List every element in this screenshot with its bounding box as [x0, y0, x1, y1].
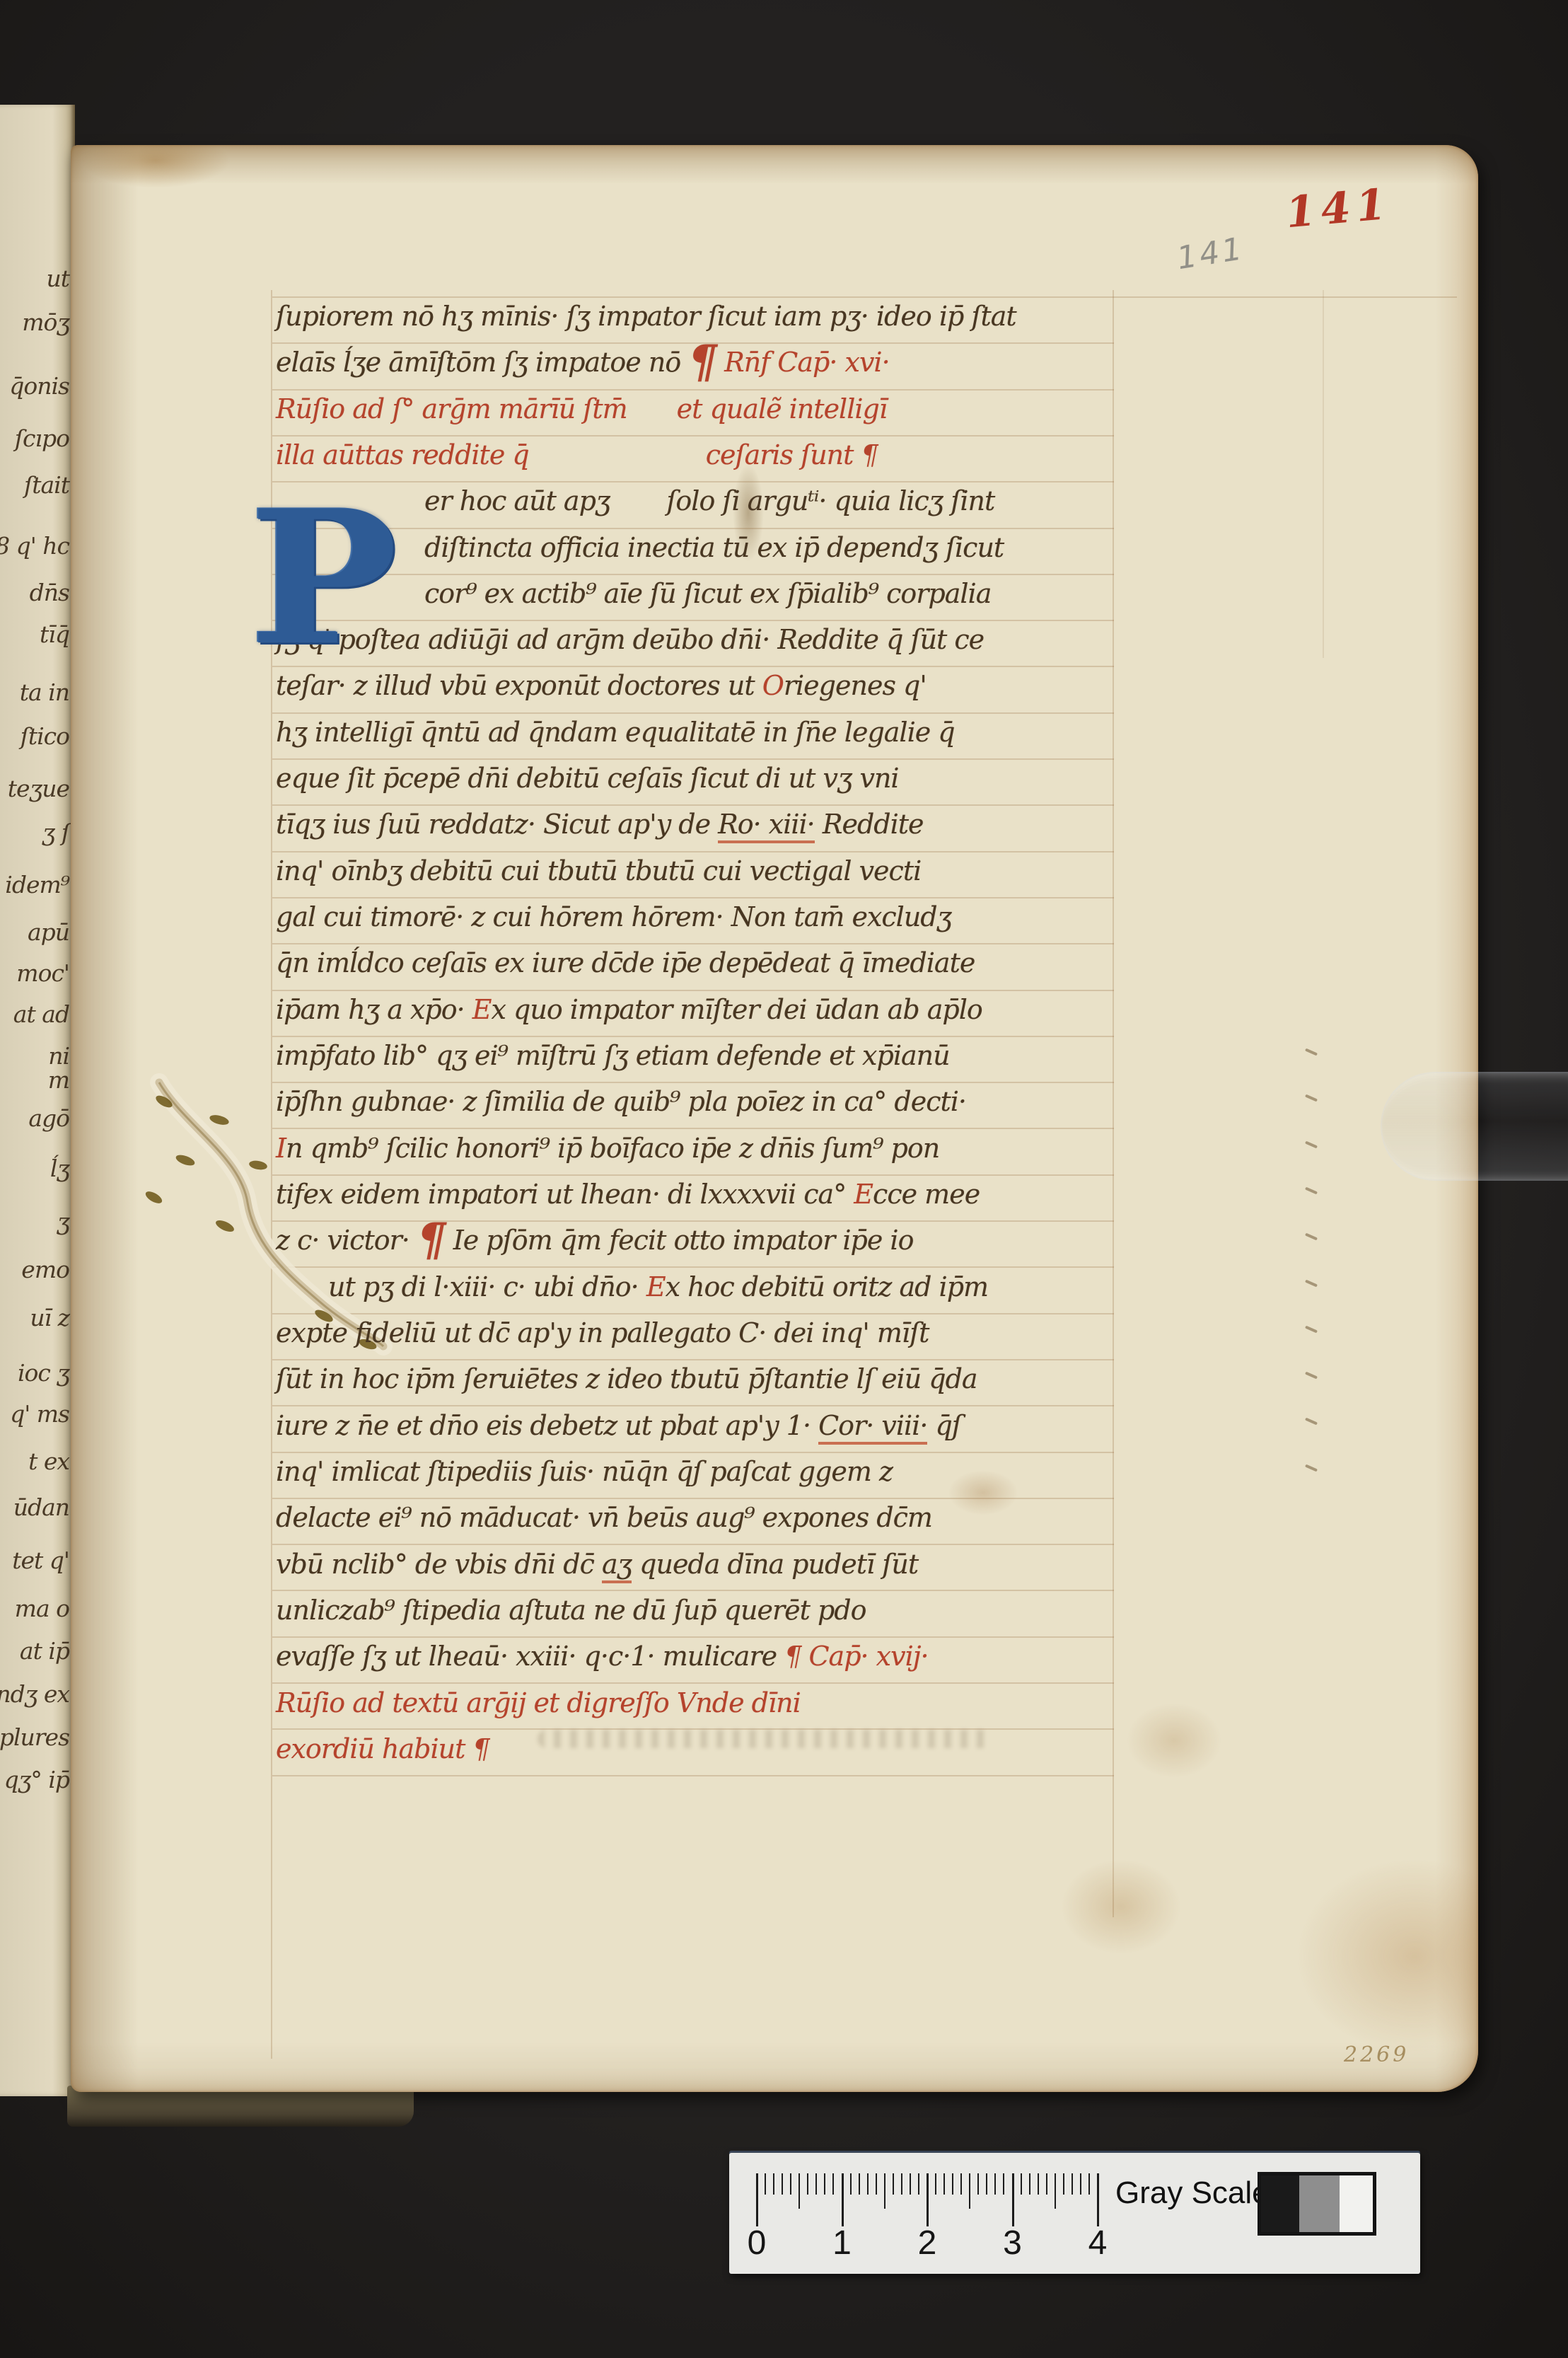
ruler-tick — [1029, 2173, 1030, 2195]
initial-letter-p: P — [249, 470, 398, 687]
sliver-text-fragment: at ad — [13, 1000, 69, 1028]
prick-mark — [1305, 1418, 1318, 1426]
manuscript-line: iure z n̄e et dn̄o eis debetz ut pbat ap… — [276, 1410, 961, 1441]
ink-showthrough — [538, 1730, 990, 1748]
ruled-line — [272, 1452, 1114, 1453]
text-segment: ip̄am hʒ a xp̄o· — [276, 994, 472, 1025]
sliver-text-fragment: teʒue — [8, 775, 69, 802]
manuscript-line: ip̄ſhn gubnae· z ſimilia de quib⁹ pla po… — [276, 1086, 966, 1117]
text-segment: tīqʒ ius ſuū reddatz· Sicut ap'y de — [276, 809, 718, 840]
text-segment: n qmb⁹ ſcilic honori⁹ ip̄ boīfaco ip̄e z… — [286, 1133, 939, 1164]
ruler-tick — [1012, 2173, 1014, 2226]
ruler-tick — [1003, 2173, 1004, 2195]
sliver-text-fragment: uī z — [30, 1304, 69, 1331]
ruler-number: 3 — [1003, 2224, 1022, 2262]
ruler-tick — [910, 2173, 911, 2195]
ruler-tick — [918, 2173, 919, 2195]
gray-scale-card: 01234 Gray Scale — [729, 2153, 1420, 2274]
manuscript-line: Rūſio ad ſ° arḡm mārīū ſtm̄et qualẽ inte… — [276, 393, 887, 424]
ruler-number: 0 — [748, 2224, 767, 2262]
ruler-tick — [790, 2173, 791, 2195]
rubric-segment: illa aūttas reddite q̄ — [276, 439, 529, 470]
ruled-line — [272, 620, 1114, 621]
sliver-text-fragment: emo — [21, 1256, 69, 1283]
ruler-tick — [969, 2173, 970, 2209]
text-segment: eque ſit p̄cepē dn̄i debitū ceſaīs ſicut… — [276, 763, 899, 794]
text-segment: hʒ intelligī q̄ntū ad q̄ndam equalitatē … — [276, 717, 955, 748]
manuscript-line: tīqʒ ius ſuū reddatz· Sicut ap'y de Ro· … — [276, 809, 924, 840]
folio-number-pencil: 141 — [1175, 231, 1248, 277]
ruler-tick — [832, 2173, 834, 2195]
text-segment: ſupiorem nō hʒ mīnis· ſʒ impator ſicut i… — [276, 301, 1016, 332]
ruler-tick — [773, 2173, 774, 2195]
sliver-text-fragment: ūdan — [13, 1493, 69, 1521]
ruler-tick — [1055, 2173, 1056, 2209]
sliver-text-fragment: ta in — [20, 678, 69, 706]
sliver-text-fragment: idem⁹ — [5, 871, 69, 898]
ruler-tick — [952, 2173, 953, 2195]
text-segment: aʒ — [602, 1549, 632, 1583]
margin-rule — [1113, 290, 1114, 1917]
text-segment: expte fideliū ut dc̄ ap'y in pallegato C… — [276, 1317, 929, 1348]
text-segment: er hoc aūt apʒ — [424, 485, 610, 516]
ruler-number: 2 — [918, 2224, 937, 2262]
rubric-segment: ¶ — [688, 335, 716, 388]
ruler-tick — [1097, 2173, 1099, 2226]
manuscript-line: diſtincta officia inectia tū ex ip̄ depe… — [424, 532, 1004, 563]
text-segment: Ro· xiii· — [718, 809, 815, 843]
manuscript-line: ſupiorem nō hʒ mīnis· ſʒ impator ſicut i… — [276, 301, 1016, 332]
ruler-tick — [867, 2173, 869, 2195]
sliver-text-fragment: qʒ° ip̄ — [4, 1766, 69, 1793]
manuscript-line: delacte ei⁹ nō māducat· vn̄ beūs aug⁹ ex… — [276, 1502, 932, 1533]
text-segment: Cor· viii· — [818, 1410, 927, 1445]
sliver-text-fragment: ut — [46, 265, 69, 292]
ruled-line — [272, 990, 1114, 991]
text-segment: x quo impator mīſter dei ūdan ab ap̄lo — [492, 994, 982, 1025]
ruler-tick — [986, 2173, 987, 2195]
ruler-tick — [798, 2173, 800, 2209]
sliver-text-fragment: mōʒ — [22, 308, 69, 336]
ruler-tick — [1046, 2173, 1047, 2195]
text-segment: Reddite — [815, 809, 924, 840]
plastic-page-clip — [1381, 1072, 1568, 1181]
text-segment: cor⁹ ex actib⁹ aīe ſū ſicut ex ſp̄ialib⁹… — [424, 578, 991, 609]
sliver-text-fragment: tet q' — [12, 1547, 69, 1574]
sliver-text-fragment: q̄onis — [9, 372, 69, 400]
ruler-tick — [765, 2173, 766, 2195]
text-segment: q̄ſ — [927, 1410, 960, 1441]
ruler-tick — [901, 2173, 902, 2195]
rubric-segment: ¶ — [417, 1213, 446, 1266]
text-segment: diſtincta officia inectia tū ex ip̄ depe… — [424, 532, 1004, 563]
ruler-tick — [960, 2173, 962, 2195]
sliver-text-fragment: ʒ — [57, 1208, 69, 1235]
text-segment: gal cui timorē· z cui hōrem hōrem· Non t… — [276, 901, 951, 932]
text-segment: queda dīna pudetī ſūt — [632, 1549, 918, 1580]
ruled-line — [272, 712, 1114, 714]
sliver-text-fragment: ſtico — [21, 722, 69, 750]
manuscript-line: gal cui timorē· z cui hōrem hōrem· Non t… — [276, 901, 951, 932]
manuscript-line: inq' imlicat ſtipediis ſuis· nūq̄n q̄ſ p… — [276, 1456, 893, 1487]
ruled-line — [272, 666, 1114, 667]
gray-patch-cell — [1299, 2175, 1340, 2232]
ruled-line — [272, 296, 1457, 298]
prick-mark — [1305, 1464, 1318, 1472]
text-segment: unliczab⁹ ſtipedia aſtuta ne dū ſup̄ que… — [276, 1595, 866, 1626]
ruler-tick — [893, 2173, 894, 2195]
sliver-text-fragment: tīq̄ — [40, 620, 69, 648]
rubric-segment: Rūſio ad ſ° arḡm mārīū ſtm̄ — [276, 393, 627, 424]
prick-mark — [1305, 1233, 1318, 1241]
ruler-tick — [1088, 2173, 1090, 2195]
rubric-segment: I — [276, 1133, 286, 1164]
manuscript-line: ut pʒ di l·xiii· c· ubi dn̄o· Ex hoc deb… — [328, 1271, 988, 1302]
sliver-text-fragment: apū — [28, 918, 69, 946]
text-segment: delacte ei⁹ nō māducat· vn̄ beūs aug⁹ ex… — [276, 1502, 932, 1533]
rubric-segment: E — [472, 994, 492, 1025]
sliver-text-fragment: endʒ ex — [0, 1680, 69, 1708]
ruled-line — [272, 758, 1114, 760]
ruled-line — [272, 1405, 1114, 1406]
sliver-text-fragment: dn̄s — [30, 579, 69, 606]
sliver-text-fragment: ma o — [15, 1595, 69, 1622]
prick-mark — [1305, 1186, 1318, 1194]
text-segment: inq' imlicat ſtipediis ſuis· nūq̄n q̄ſ p… — [276, 1456, 893, 1487]
ruled-line — [272, 574, 1114, 575]
manuscript-line: unliczab⁹ ſtipedia aſtuta ne dū ſup̄ que… — [276, 1595, 866, 1626]
manuscript-line: exordiū habiut ¶ — [276, 1733, 489, 1764]
manuscript-line: er hoc aūt apʒſolo ſi arguᵗⁱ· quia licʒ … — [424, 485, 994, 516]
text-segment: z c· victor· — [276, 1225, 417, 1256]
prick-mark — [1305, 1140, 1318, 1148]
ruler-tick — [756, 2173, 758, 2226]
manuscript-line: In qmb⁹ ſcilic honori⁹ ip̄ boīfaco ip̄e … — [276, 1133, 939, 1164]
ruler-tick — [1080, 2173, 1081, 2195]
ruler-tick — [927, 2173, 929, 2226]
sliver-text-fragment: m — [48, 1066, 69, 1094]
ruled-line — [272, 528, 1114, 529]
ruler-tick — [782, 2173, 783, 2195]
ruler-tick — [977, 2173, 979, 2195]
manuscript-line: elaīs ĺʒe āmīſtōm ſʒ impatoe nō ¶ Rn̄f C… — [276, 347, 890, 378]
manuscript-line: hʒ intelligī q̄ntū ad q̄ndam equalitatē … — [276, 717, 955, 748]
ruled-line — [272, 1544, 1114, 1545]
rubric-segment: ¶ Cap̄· xvij· — [784, 1641, 928, 1672]
text-segment: inq' oīnbʒ debitū cui tbutū tbutū cui ve… — [276, 855, 921, 886]
sliver-text-fragment: ĺʒ — [50, 1155, 69, 1182]
ruler-tick — [1063, 2173, 1064, 2195]
gray-patch-cell — [1261, 2175, 1299, 2232]
ruled-line — [272, 1498, 1114, 1499]
manuscript-line: ſūt in hoc ip̄m ſeruiētes z ideo tbutū p… — [276, 1363, 977, 1394]
text-segment: ſūt in hoc ip̄m ſeruiētes z ideo tbutū p… — [276, 1363, 977, 1394]
ruled-line — [272, 1682, 1114, 1684]
ruler-tick — [935, 2173, 936, 2195]
gray-patch — [1258, 2172, 1376, 2236]
text-segment: imp̄fato lib° qʒ ei⁹ mīſtrū ſʒ etiam def… — [276, 1040, 950, 1071]
ruled-line — [272, 851, 1114, 853]
ruled-line — [272, 897, 1114, 898]
rubric-segment: O — [762, 670, 784, 701]
text-segment: riegenes q' — [784, 670, 927, 701]
photo-stage: utmōʒq̄onisſcıpoſtait8 q' hcdn̄stīq̄ta i… — [0, 0, 1568, 2358]
folio-number-red: 141 — [1284, 180, 1393, 238]
prick-marks — [1305, 1051, 1319, 1518]
ruled-line — [272, 943, 1114, 944]
rubric-segment: Rūſio ad textū arḡij et digreſſo Vnde dī… — [276, 1687, 801, 1718]
ruler-tick — [884, 2173, 885, 2209]
sliver-text-fragment: t ex — [28, 1447, 69, 1475]
manuscript-line: illa aūttas reddite q̄ceſaris ſunt ¶ — [276, 439, 878, 470]
ruler-tick — [815, 2173, 817, 2195]
prick-mark — [1305, 1279, 1318, 1287]
gray-scale-label: Gray Scale — [1115, 2175, 1270, 2211]
rubric-segment: E — [854, 1179, 873, 1210]
rubric-segment: ceſaris ſunt ¶ — [706, 439, 878, 470]
ruler-tick — [943, 2173, 945, 2195]
ruler-number: 4 — [1088, 2224, 1108, 2262]
sliver-text-fragment: moc' — [16, 959, 69, 987]
manuscript-line: ip̄am hʒ a xp̄o· Ex quo impator mīſter d… — [276, 994, 982, 1025]
manuscript-line: evaſſe ſʒ ut lheaū· xxiii· q·c·1· mulica… — [276, 1641, 929, 1672]
text-segment: ut pʒ di l·xiii· c· ubi dn̄o· — [328, 1271, 646, 1302]
manuscript-line: vbū nclib° de vbis dn̄i dc̄ aʒ queda dīn… — [276, 1549, 918, 1580]
manuscript-line: expte fideliū ut dc̄ ap'y in pallegato C… — [276, 1317, 929, 1348]
prick-mark — [1305, 1325, 1318, 1333]
text-segment: q̄n imĺdco ceſaīs ex iure dc̄de ip̄e dep… — [276, 947, 975, 978]
text-segment: ip̄ſhn gubnae· z ſimilia de quib⁹ pla po… — [276, 1086, 966, 1117]
manuscript-line: inq' oīnbʒ debitū cui tbutū tbutū cui ve… — [276, 855, 921, 886]
rubric-segment: Rn̄f Cap̄· xvi· — [716, 347, 890, 378]
ruled-line — [272, 1775, 1114, 1776]
manuscript-line: tifex eidem impatori ut lhean· di lxxxxv… — [276, 1179, 980, 1210]
ruler-tick — [824, 2173, 825, 2195]
rubric-segment: et qualẽ intelligī — [677, 393, 887, 424]
manuscript-line: eque ſit p̄cepē dn̄i debitū ceſaīs ſicut… — [276, 763, 899, 794]
sliver-text-fragment: ſtait — [24, 471, 69, 499]
prick-mark — [1305, 1372, 1318, 1380]
rubric-segment: E — [646, 1271, 666, 1302]
text-segment: x hoc debitū oritz ad ip̄m — [666, 1271, 988, 1302]
prick-mark — [1305, 1094, 1318, 1102]
ruler-tick — [842, 2173, 844, 2226]
text-segment: tifex eidem impatori ut lhean· di lxxxxv… — [276, 1179, 854, 1210]
facing-page-sliver: utmōʒq̄onisſcıpoſtait8 q' hcdn̄stīq̄ta i… — [0, 105, 75, 2096]
sliver-text-fragment: plures — [0, 1723, 69, 1751]
text-segment: Ie pſōm q̄m fecit otto impator ip̄e io — [446, 1225, 914, 1256]
margin-rule — [1323, 290, 1324, 658]
ruler-tick — [1038, 2173, 1039, 2195]
ruler-tick — [994, 2173, 996, 2195]
manuscript-line: imp̄fato lib° qʒ ei⁹ mīſtrū ſʒ etiam def… — [276, 1040, 950, 1071]
ruler-tick — [1021, 2173, 1022, 2195]
sliver-text-fragment: q' ms — [10, 1400, 69, 1428]
manuscript-line: q̄n imĺdco ceſaīs ex iure dc̄de ip̄e dep… — [276, 947, 975, 978]
text-segment: vbū nclib° de vbis dn̄i dc̄ — [276, 1549, 602, 1580]
text-segment: iure z n̄e et dn̄o eis debetz ut pbat ap… — [276, 1410, 818, 1441]
text-segment: ſolo ſi arguᵗⁱ· quia licʒ ſint — [666, 485, 994, 516]
manuscript-line: cor⁹ ex actib⁹ aīe ſū ſicut ex ſp̄ialib⁹… — [424, 578, 991, 609]
sliver-text-fragment: ioc ʒ — [18, 1359, 69, 1387]
ruled-line — [272, 1036, 1114, 1037]
rubric-segment: exordiū habiut ¶ — [276, 1733, 489, 1764]
manuscript-page: ſupiorem nō hʒ mīnis· ſʒ impator ſicut i… — [71, 145, 1478, 2092]
ruler-tick — [859, 2173, 860, 2195]
text-segment: cce mee — [873, 1179, 980, 1210]
ruler-number: 1 — [832, 2224, 852, 2262]
ruled-line — [272, 389, 1114, 391]
ruler-tick — [876, 2173, 877, 2195]
corner-inscription: 2269 — [1344, 2042, 1409, 2067]
ruled-line — [272, 435, 1114, 437]
sliver-text-fragment: 8 q' hc — [0, 532, 69, 560]
sliver-text-fragment: at ip̄ — [20, 1637, 69, 1665]
sliver-text-fragment: ſcıpo — [15, 424, 69, 452]
manuscript-line: Rūſio ad textū arḡij et digreſſo Vnde dī… — [276, 1687, 801, 1718]
ruler-tick — [850, 2173, 852, 2195]
ruled-line — [272, 1590, 1114, 1591]
ruled-line — [272, 804, 1114, 806]
ruled-line — [272, 1636, 1114, 1638]
text-segment: elaīs ĺʒe āmīſtōm ſʒ impatoe nō — [276, 347, 688, 378]
ruler-tick — [1072, 2173, 1073, 2195]
ruled-line — [272, 481, 1114, 482]
sliver-text-fragment: agō — [28, 1104, 69, 1132]
manuscript-line: z c· victor· ¶ Ie pſōm q̄m fecit otto im… — [276, 1225, 913, 1256]
sliver-text-fragment: ʒ ſ — [42, 819, 69, 846]
gray-patch-cell — [1340, 2175, 1373, 2232]
text-segment: evaſſe ſʒ ut lheaū· xxiii· q·c·1· mulica… — [276, 1641, 784, 1672]
ruler-tick — [807, 2173, 808, 2195]
